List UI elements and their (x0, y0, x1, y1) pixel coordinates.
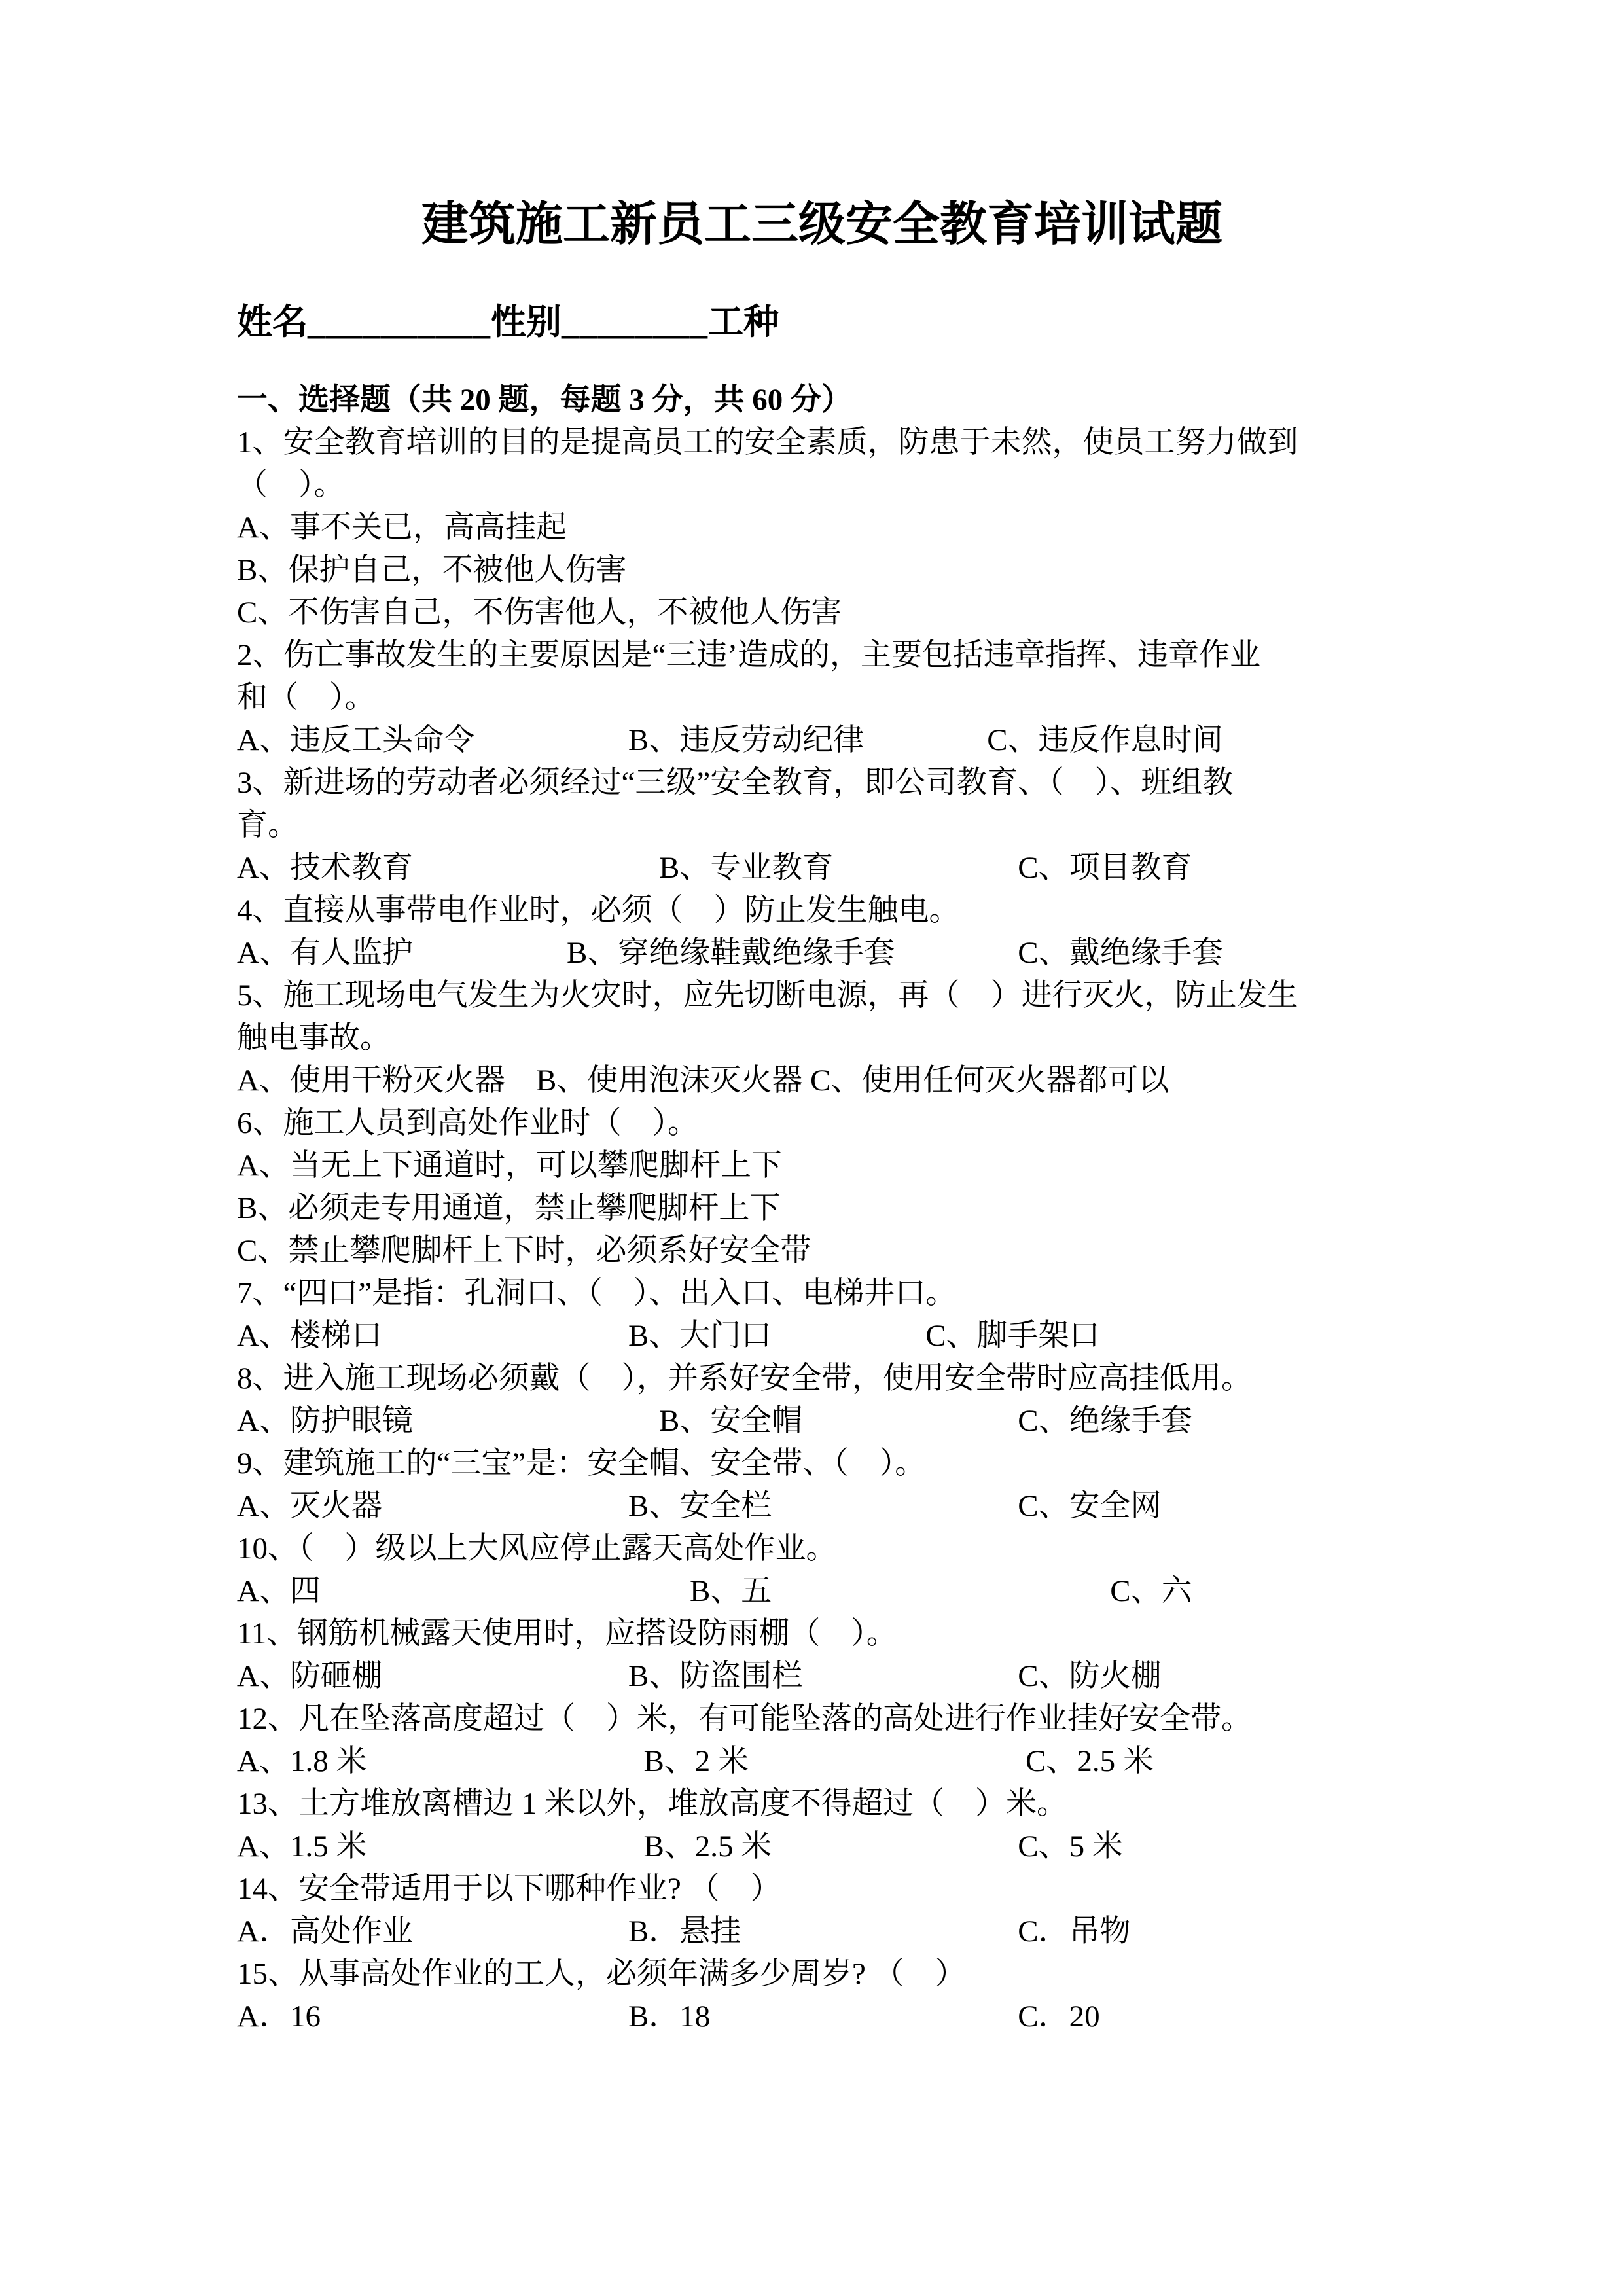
name-label: 姓名 (237, 302, 308, 342)
question-section: 一、选择题（共 20 题，每题 3 分，共 60 分） 1、安全教育培训的目的是… (237, 379, 1407, 2038)
gender-label: 性别 (491, 302, 562, 342)
name-blank: __________ (308, 302, 491, 342)
document-line: B、必须走专用通道，禁止攀爬脚杆上下 (237, 1187, 1407, 1230)
gender-blank: ________ (562, 302, 708, 342)
document-line: 4、直接从事带电作业时，必须（ ）防止发生触电。 (237, 889, 1407, 932)
document-line: 触电事故。 (237, 1017, 1407, 1060)
document-line: A、当无上下通道时，可以攀爬脚杆上下 (237, 1145, 1407, 1187)
document-line: B、保护自己，不被他人伤害 (237, 549, 1407, 592)
document-line: A、违反工头命令 B、违反劳动纪律 C、违反作息时间 (237, 719, 1407, 762)
document-line: A．16 B．18 C．20 (237, 1996, 1407, 2038)
document-line: A、四 B、五 C、六 (237, 1570, 1407, 1613)
question-list: 1、安全教育培训的目的是提高员工的安全素质，防患于未然，使员工努力做到（ ）。A… (237, 422, 1407, 2038)
document-line: A、事不关已，高高挂起 (237, 507, 1407, 549)
document-line: C、不伤害自己，不伤害他人，不被他人伤害 (237, 592, 1407, 634)
page-title: 建筑施工新员工三级安全教育培训试题 (237, 196, 1407, 253)
document-line: A、防砸棚 B、防盗围栏 C、防火棚 (237, 1655, 1407, 1698)
document-line: 3、新进场的劳动者必须经过“三级”安全教育，即公司教育、（ ）、班组教 (237, 762, 1407, 804)
document-line: A、灭火器 B、安全栏 C、安全网 (237, 1485, 1407, 1528)
document-line: 和（ ）。 (237, 677, 1407, 719)
document-line: A、1.8 米 B、2 米 C、2.5 米 (237, 1740, 1407, 1783)
document-line: 14、安全带适用于以下哪种作业? （ ） (237, 1868, 1407, 1910)
document-line: 7、“四口”是指：孔洞口、（ ）、出入口、电梯井口。 (237, 1272, 1407, 1315)
document-line: 1、安全教育培训的目的是提高员工的安全素质，防患于未然，使员工努力做到 (237, 422, 1407, 464)
document-line: 2、伤亡事故发生的主要原因是“三违’造成的，主要包括违章指挥、违章作业 (237, 634, 1407, 677)
document-line: 5、施工现场电气发生为火灾时，应先切断电源，再（ ）进行灭火，防止发生 (237, 975, 1407, 1017)
document-line: 9、建筑施工的“三宝”是：安全帽、安全带、（ ）。 (237, 1443, 1407, 1485)
section-heading: 一、选择题（共 20 题，每题 3 分，共 60 分） (237, 379, 1407, 422)
document-line: 6、施工人员到高处作业时（ ）。 (237, 1102, 1407, 1145)
exam-content: 建筑施工新员工三级安全教育培训试题 姓名__________性别________… (0, 0, 1623, 2038)
exam-page: 建筑施工新员工三级安全教育培训试题 姓名__________性别________… (0, 0, 1623, 2296)
name-gender-trade-row: 姓名__________性别________工种 (237, 298, 1407, 346)
document-line: 10、（ ）级以上大风应停止露天高处作业。 (237, 1528, 1407, 1570)
document-line: 13、土方堆放离槽边 1 米以外，堆放高度不得超过（ ）米。 (237, 1783, 1407, 1825)
document-line: （ ）。 (237, 464, 1407, 507)
document-line: 育。 (237, 804, 1407, 847)
document-line: A、有人监护 B、穿绝缘鞋戴绝缘手套 C、戴绝缘手套 (237, 932, 1407, 975)
document-line: A．高处作业 B．悬挂 C．吊物 (237, 1910, 1407, 1953)
document-line: A、防护眼镜 B、安全帽 C、绝缘手套 (237, 1400, 1407, 1443)
document-line: A、楼梯口 B、大门口 C、脚手架口 (237, 1315, 1407, 1357)
document-line: 12、凡在坠落高度超过（ ）米，有可能坠落的高处进行作业挂好安全带。 (237, 1698, 1407, 1740)
document-line: 8、进入施工现场必须戴（ ），并系好安全带，使用安全带时应高挂低用。 (237, 1357, 1407, 1400)
document-line: A、1.5 米 B、2.5 米 C、5 米 (237, 1825, 1407, 1868)
document-line: 15、从事高处作业的工人，必须年满多少周岁? （ ） (237, 1953, 1407, 1996)
trade-label: 工种 (708, 302, 779, 342)
document-line: 11、钢筋机械露天使用时，应搭设防雨棚（ ）。 (237, 1613, 1407, 1655)
document-line: A、使用干粉灭火器 B、使用泡沫灭火器 C、使用任何灭火器都可以 (237, 1060, 1407, 1102)
document-line: C、禁止攀爬脚杆上下时，必须系好安全带 (237, 1230, 1407, 1272)
document-line: A、技术教育 B、专业教育 C、项目教育 (237, 847, 1407, 889)
